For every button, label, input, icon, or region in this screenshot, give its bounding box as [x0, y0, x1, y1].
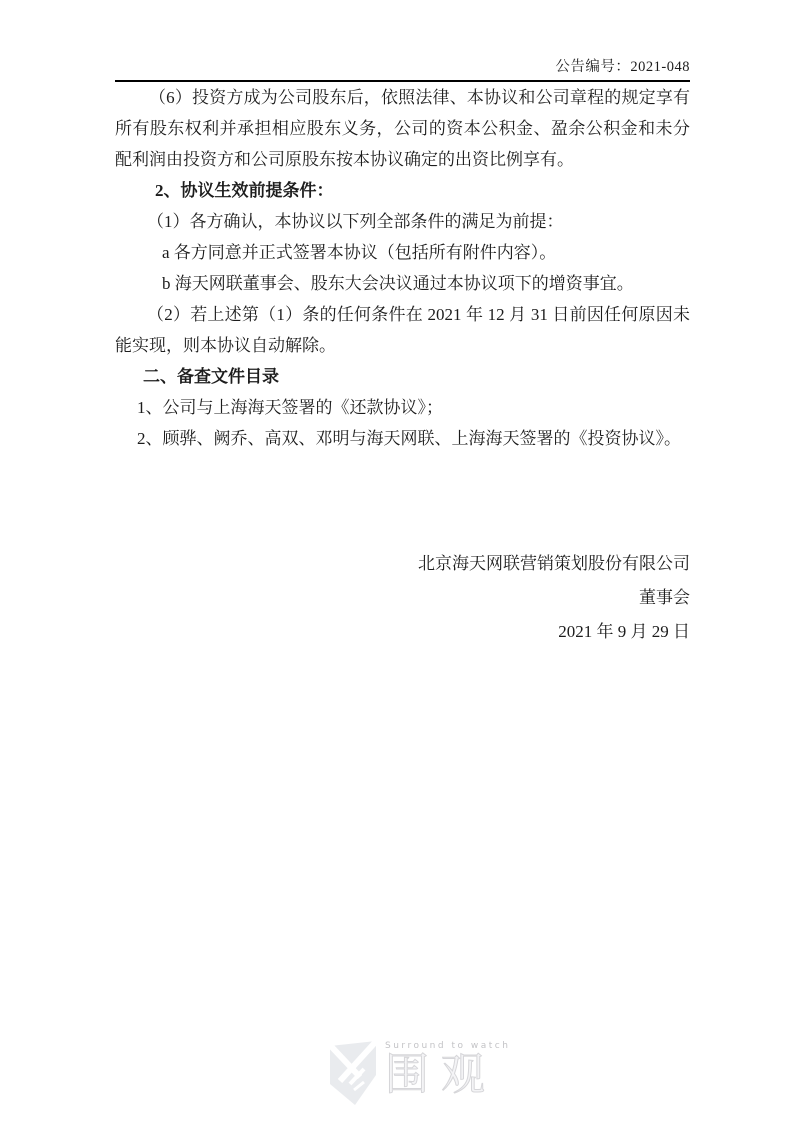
heading-reference-documents: 二、备查文件目录	[115, 361, 690, 392]
item-condition-2: （2）若上述第（1）条的任何条件在 2021 年 12 月 31 日前因任何原因…	[115, 299, 690, 361]
item-condition-1: （1）各方确认，本协议以下列全部条件的满足为前提：	[115, 206, 690, 237]
watermark-text-group: Surround to watch 围观	[385, 1041, 510, 1097]
heading-agreement-effective-conditions: 2、协议生效前提条件：	[115, 175, 690, 206]
watermark: Surround to watch 围观	[330, 1041, 510, 1105]
paragraph-investor-rights: （6）投资方成为公司股东后，依照法律、本协议和公司章程的规定享有所有股东权利并承…	[115, 82, 690, 175]
document-page: 公告编号：2021-048 （6）投资方成为公司股东后，依照法律、本协议和公司章…	[0, 0, 800, 1131]
document-body: （6）投资方成为公司股东后，依照法律、本协议和公司章程的规定享有所有股东权利并承…	[115, 82, 690, 649]
watermark-brand: 围观	[385, 1053, 510, 1097]
item-condition-a: a 各方同意并正式签署本协议（包括所有附件内容）。	[115, 237, 690, 268]
signature-board: 董事会	[115, 581, 690, 615]
doc-item-repayment-agreement: 1、公司与上海海天签署的《还款协议》；	[115, 392, 690, 423]
signature-block: 北京海天网联营销策划股份有限公司 董事会 2021 年 9 月 29 日	[115, 547, 690, 649]
page-header: 公告编号：2021-048	[115, 0, 690, 82]
watermark-shield-icon	[330, 1041, 377, 1105]
announcement-number: 公告编号：2021-048	[115, 55, 690, 80]
item-condition-b: b 海天网联董事会、股东大会决议通过本协议项下的增资事宜。	[115, 268, 690, 299]
signature-date: 2021 年 9 月 29 日	[115, 615, 690, 649]
signature-company: 北京海天网联营销策划股份有限公司	[115, 547, 690, 581]
doc-item-investment-agreement: 2、顾骅、阙乔、高双、邓明与海天网联、上海海天签署的《投资协议》。	[115, 423, 690, 454]
